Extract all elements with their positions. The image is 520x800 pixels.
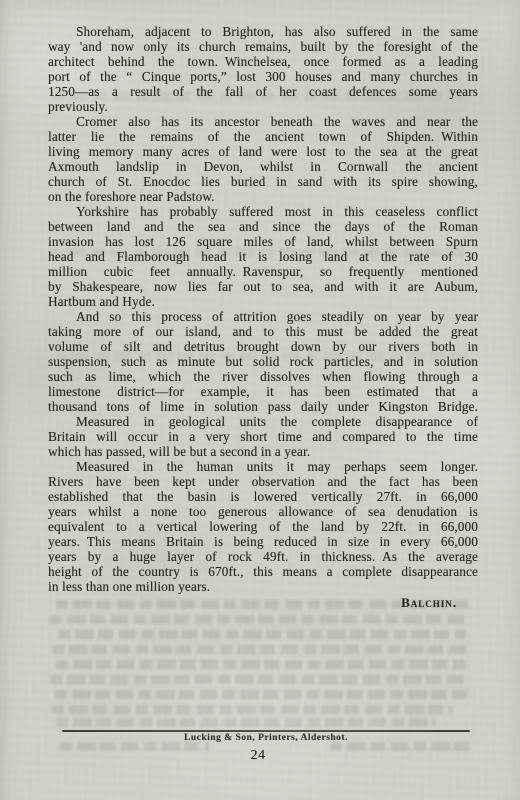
book-page: Shoreham, adjacent to Brighton, has also… xyxy=(48,24,478,610)
bleedthrough-ghost xyxy=(55,690,467,699)
bleedthrough-ghost xyxy=(56,718,436,727)
text-line: suspension, such as minute but solid roc… xyxy=(48,354,478,369)
text-line: volume of silt and detritus brought down… xyxy=(48,339,478,354)
text-line: And so this process of attrition goes st… xyxy=(48,309,478,324)
text-line: such as lime, which the river dissolves … xyxy=(48,369,478,384)
footer-rule xyxy=(62,730,470,732)
text-line: million cubic feet annually. Ravenspur, … xyxy=(48,264,478,279)
text-line: Shoreham, adjacent to Brighton, has also… xyxy=(48,24,478,39)
text-line: established that the basin is lowered ve… xyxy=(48,489,478,504)
text-line: by Shakespeare, now lies far out to sea,… xyxy=(48,279,478,294)
bleedthrough-ghost xyxy=(50,615,470,624)
text-line: between land and the sea and since the d… xyxy=(48,219,478,234)
text-line: previously. xyxy=(48,99,478,114)
paragraph: Measured in geological units the complet… xyxy=(48,414,478,459)
text-line: way 'and now only its church remains, bu… xyxy=(48,39,478,54)
text-line: head and Flamborough head it is losing l… xyxy=(48,249,478,264)
bleedthrough-ghost xyxy=(52,705,452,714)
text-line: equivalent to a vertical lowering of the… xyxy=(48,519,478,534)
paragraph: Cromer also has its ancestor beneath the… xyxy=(48,114,478,204)
paragraph: And so this process of attrition goes st… xyxy=(48,309,478,414)
text-line: years. This means Britain is being reduc… xyxy=(48,534,478,549)
text-line: in less than one million years. xyxy=(48,579,478,594)
text-line: Rivers have been kept under observation … xyxy=(48,474,478,489)
text-line: 1250—as a result of the fall of her coas… xyxy=(48,84,478,99)
text-line: architect behind the town. Winchelsea, o… xyxy=(48,54,478,69)
text-line: Measured in geological units the complet… xyxy=(48,414,478,429)
bleedthrough-ghost xyxy=(56,660,466,669)
text-line: Hartbum and Hyde. xyxy=(48,294,478,309)
paragraph: Measured in the human units it may perha… xyxy=(48,459,478,594)
text-line: Axmouth landslip in Devon, whilst in Cor… xyxy=(48,159,478,174)
text-line: Measured in the human units it may perha… xyxy=(48,459,478,474)
bleedthrough-ghost xyxy=(52,645,467,654)
author-signature: Balchin. xyxy=(48,595,478,610)
printer-imprint: Lucking & Son, Printers, Aldershot. xyxy=(62,733,470,743)
text-line: limestone district—for example, it has b… xyxy=(48,384,478,399)
paragraph: Shoreham, adjacent to Brighton, has also… xyxy=(48,24,478,114)
bleedthrough-ghost xyxy=(50,675,468,684)
text-line: latter lie the remains of the ancient to… xyxy=(48,129,478,144)
paragraph: Yorkshire has probably suffered most in … xyxy=(48,204,478,309)
text-line: thousand tons of lime in solution pass d… xyxy=(48,399,478,414)
text-line: port of the “ Cinque ports,” lost 300 ho… xyxy=(48,69,478,84)
text-line: height of the country is 670ft., this me… xyxy=(48,564,478,579)
text-line: taking more of our island, and to this m… xyxy=(48,324,478,339)
text-line: Cromer also has its ancestor beneath the… xyxy=(48,114,478,129)
page-number: 24 xyxy=(54,748,462,764)
text-body: Shoreham, adjacent to Brighton, has also… xyxy=(48,24,478,594)
text-line: which has passed, will be but a second i… xyxy=(48,444,478,459)
text-line: years by a huge layer of rock 49ft. in t… xyxy=(48,549,478,564)
text-line: Yorkshire has probably suffered most in … xyxy=(48,204,478,219)
text-line: years whilst a none too generous allowan… xyxy=(48,504,478,519)
text-line: on the foreshore near Padstow. xyxy=(48,189,478,204)
text-line: invasion has lost 126 square miles of la… xyxy=(48,234,478,249)
text-line: Britain will occur in a very short time … xyxy=(48,429,478,444)
text-line: living memory many acres of land were lo… xyxy=(48,144,478,159)
bleedthrough-ghost xyxy=(58,630,466,639)
text-line: church of St. Enocdoc lies buried in san… xyxy=(48,174,478,189)
